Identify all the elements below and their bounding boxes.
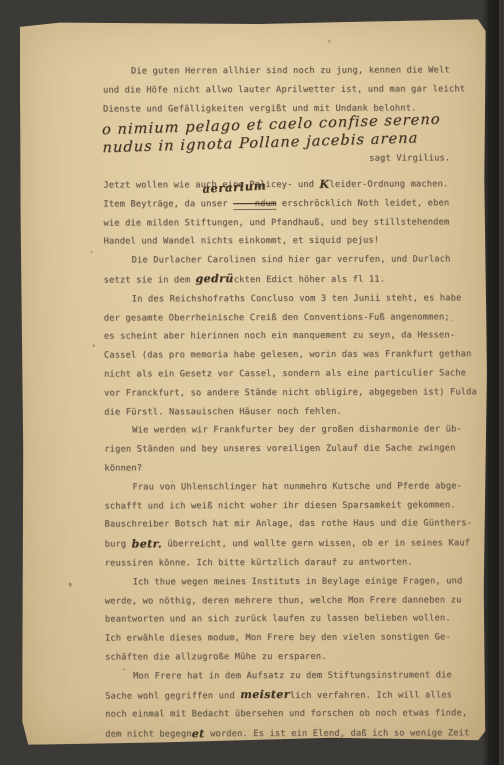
typed-text: Sache wohl gegriffen und bbox=[105, 691, 240, 701]
typed-text: Item Beyträge, da unser bbox=[103, 199, 233, 209]
typed-line-with-correction: burg betr. überreicht, und wollte gern w… bbox=[105, 533, 478, 554]
typed-line: Bauschreiber Botsch hat mir Anlage, das … bbox=[104, 515, 477, 535]
typed-line: Die Durlacher Carolinen sind hier gar ve… bbox=[104, 250, 477, 270]
photo-backdrop: Die guten Herren allhier sind noch zu ju… bbox=[0, 0, 504, 765]
letter-paper: Die guten Herren allhier sind noch zu ju… bbox=[20, 19, 489, 746]
typed-line: Ich thue wegen meines Instituts in Beyla… bbox=[105, 572, 478, 592]
typed-text: setzt sie in dem bbox=[104, 275, 196, 285]
paper-speck bbox=[171, 480, 173, 482]
paper-speck bbox=[328, 40, 331, 43]
typed-line: können? bbox=[104, 458, 477, 478]
typed-text: dem nicht begegn bbox=[105, 729, 192, 739]
typed-line: die Fürstl. Nassauischen Häuser noch feh… bbox=[104, 402, 477, 422]
paper-speck bbox=[91, 251, 93, 254]
handwritten-correction-meister: meister bbox=[240, 688, 290, 701]
typed-line-with-correction: setzt sie in dem gedrückten Edict höher … bbox=[104, 269, 477, 290]
margin-mark: ' bbox=[91, 344, 97, 355]
typed-text: überreicht, und wollte gern wissen, ob e… bbox=[162, 538, 470, 549]
typed-line: wie die milden Stiftungen, und Pfandhauß… bbox=[103, 213, 476, 233]
typed-text: lich verfahren. Ich will alles bbox=[290, 690, 452, 701]
typed-line: Mon Frere hat in dem Aufsatz zu dem Stif… bbox=[105, 666, 478, 686]
paper-speck bbox=[69, 583, 72, 587]
typed-line: der gesamte Oberrheinische Creiß den Con… bbox=[104, 308, 477, 328]
margin-dot: · bbox=[121, 665, 126, 675]
paper-speck bbox=[451, 319, 453, 321]
typed-text: leider-Ordnung machen. bbox=[329, 179, 448, 189]
typed-line: werde, wo nöthig, deren mehrere thun, we… bbox=[105, 591, 478, 611]
typed-line-with-correction: Jetzt wollen wie auch eine Policey- und … bbox=[103, 174, 476, 195]
typed-line: Wie werden wir Frankfurter bey der große… bbox=[104, 421, 477, 441]
handwritten-correction-betr: betr. bbox=[132, 537, 162, 550]
quote-attribution: sagt Virgilius. bbox=[369, 153, 450, 163]
typed-line: noch einmal mit Bedacht übersehen und fo… bbox=[105, 705, 478, 725]
typed-line: schäften die allzugroße Mühe zu ersparen… bbox=[105, 647, 478, 667]
typed-line: Cassel (das pro memoria habe gelesen, wo… bbox=[104, 345, 477, 365]
typed-line: beantworten und an sich zurück laufen zu… bbox=[105, 610, 478, 630]
typed-line: nicht als ein Gesetz vor Cassel, sondern… bbox=[104, 364, 477, 384]
struck-word: ndum bbox=[233, 199, 276, 210]
typed-line: Die guten Herren allhier sind noch zu ju… bbox=[103, 61, 465, 81]
typed-line-with-strikeout: Item Beyträge, da unser ndum erschröckli… bbox=[103, 194, 476, 214]
typed-line: Ich erwähle dieses modum, Mon Frere bey … bbox=[105, 628, 478, 648]
typed-line: schafft und ich weiß nicht woher ihr die… bbox=[104, 496, 477, 516]
letter-body: Jetzt wollen wie auch eine Policey- und … bbox=[103, 174, 478, 744]
paper-speck bbox=[272, 710, 274, 712]
typed-line: vor Franckfurt, so andere Stände nicht o… bbox=[104, 383, 477, 403]
typed-text: erschröcklich Noth leidet, eben bbox=[276, 198, 449, 209]
typed-line: Handel und Wandel nichts einkommt, et si… bbox=[103, 232, 476, 252]
typed-line: In des Reichshofraths Concluso vom 3 ten… bbox=[104, 289, 477, 309]
typed-line: es scheint aber hierinnen noch ein manqu… bbox=[104, 327, 477, 347]
backdrop-edge-highlight bbox=[499, 0, 501, 765]
typed-line: Frau von Uhlenschlinger hat nunmehro Kut… bbox=[104, 477, 477, 497]
typed-line-with-correction: dem nicht begegnet worden. Es ist ein El… bbox=[105, 723, 478, 744]
typed-text: worden. Es ist ein Elend, daß ich so wen… bbox=[205, 728, 470, 739]
typed-line: reussiren könne. Ich bitte kürtzlich dar… bbox=[105, 553, 478, 573]
typed-line: und die Höfe nicht allwo lauter Aprilwet… bbox=[103, 80, 465, 100]
typed-text: burg bbox=[105, 540, 132, 550]
handwritten-correction-k: K bbox=[319, 177, 329, 190]
typed-line: rigen Ständen und bey unseres voreiligen… bbox=[104, 439, 477, 459]
handwritten-correction-gedrue: gedrü bbox=[195, 273, 233, 286]
opening-paragraph: Die guten Herren allhier sind noch zu ju… bbox=[103, 61, 465, 119]
handwritten-correction-et: et bbox=[192, 727, 205, 740]
typed-line-with-correction: Sache wohl gegriffen und meisterlich ver… bbox=[105, 685, 478, 706]
typed-text: ckten Edict höher als fl 11. bbox=[234, 275, 385, 286]
paper-speck bbox=[400, 139, 402, 141]
